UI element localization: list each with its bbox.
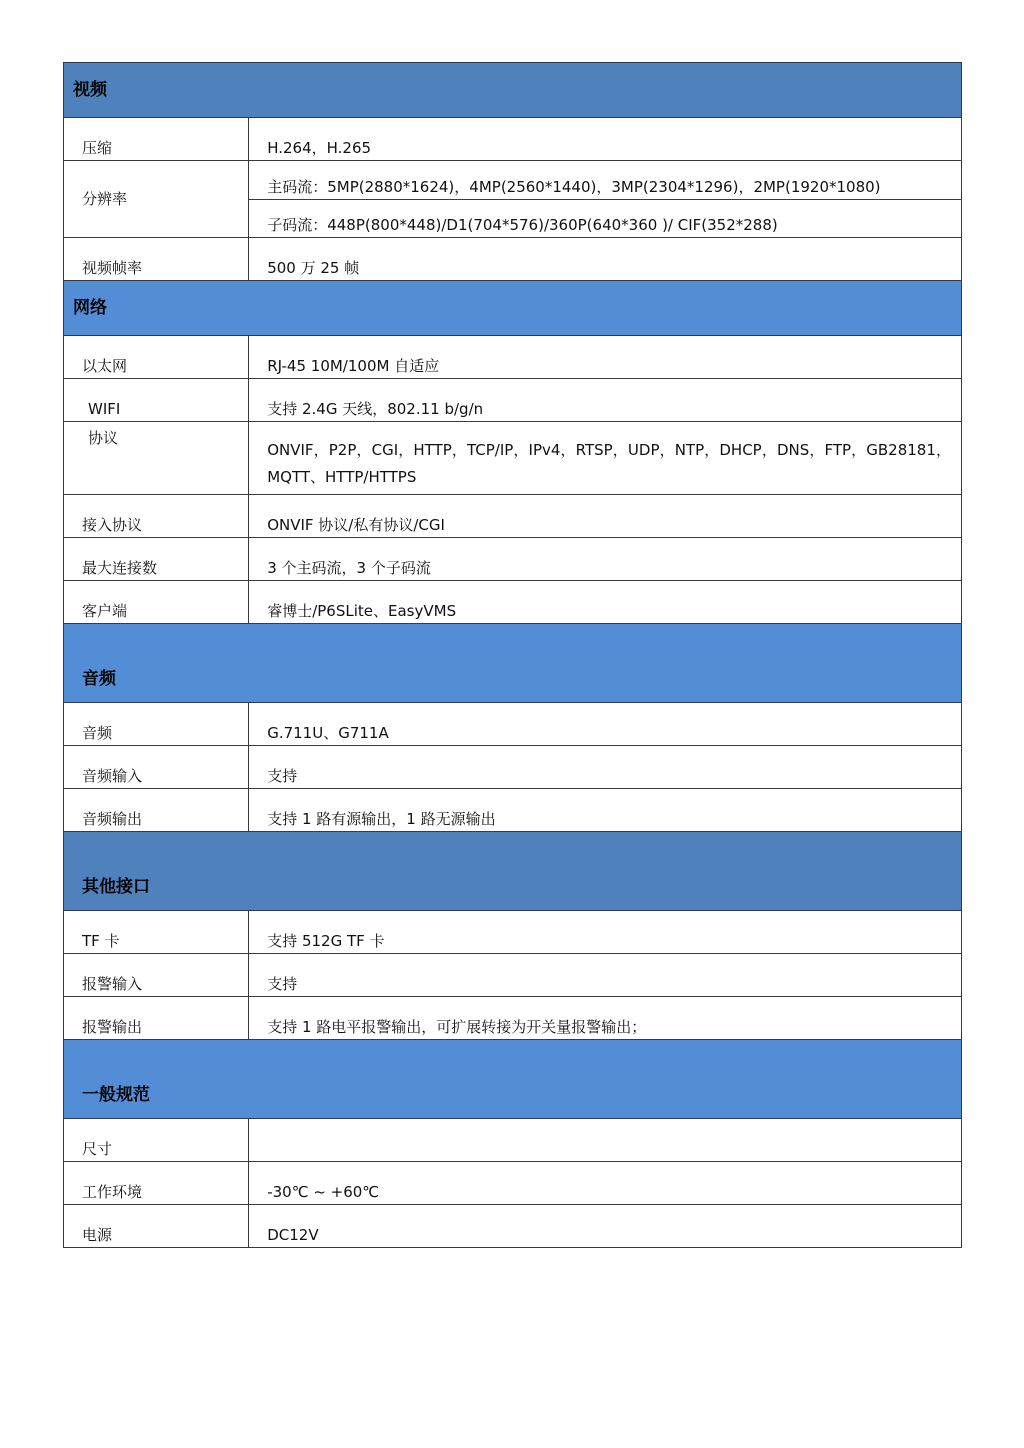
row-value: -30℃ ~ +60℃ [249,1162,962,1205]
row-value [249,1119,962,1162]
row-value: 500 万 25 帧 [249,238,962,281]
row-value: H.264，H.265 [249,118,962,161]
row-label: 视频帧率 [64,238,249,281]
table-row: 视频帧率 500 万 25 帧 [64,238,962,281]
section-header-other-interfaces: 其他接口 [64,832,962,911]
row-label: 音频输入 [64,746,249,789]
main-stream-resolution: 主码流：5MP(2880*1624)，4MP(2560*1440)，3MP(23… [249,161,961,199]
table-row: 电源 DC12V [64,1205,962,1248]
table-row: 分辨率 主码流：5MP(2880*1624)，4MP(2560*1440)，3M… [64,161,962,238]
section-header-general: 一般规范 [64,1040,962,1119]
section-title: 其他接口 [64,877,961,897]
row-value: RJ-45 10M/100M 自适应 [249,336,962,379]
row-label: 报警输入 [64,954,249,997]
row-value: 支持 1 路有源输出，1 路无源输出 [249,789,962,832]
table-row: 报警输入 支持 [64,954,962,997]
table-row: 音频输入 支持 [64,746,962,789]
row-value: 支持 [249,746,962,789]
row-value: ONVIF 协议/私有协议/CGI [249,495,962,538]
row-label: WIFI [64,379,249,422]
row-label: 分辨率 [64,161,249,238]
row-label: 尺寸 [64,1119,249,1162]
row-value: DC12V [249,1205,962,1248]
row-label: 最大连接数 [64,538,249,581]
row-label: 报警输出 [64,997,249,1040]
row-value: 主码流：5MP(2880*1624)，4MP(2560*1440)，3MP(23… [249,161,962,238]
row-value: 支持 512G TF 卡 [249,911,962,954]
table-row: 接入协议 ONVIF 协议/私有协议/CGI [64,495,962,538]
section-title: 视频 [64,80,961,100]
table-row: 压缩 H.264，H.265 [64,118,962,161]
row-label: 压缩 [64,118,249,161]
row-label: TF 卡 [64,911,249,954]
table-row: 尺寸 [64,1119,962,1162]
table-row: 协议 ONVIF，P2P，CGI，HTTP，TCP/IP，IPv4，RTSP，U… [64,422,962,495]
row-label: 音频输出 [64,789,249,832]
row-value: 支持 [249,954,962,997]
table-row: WIFI 支持 2.4G 天线，802.11 b/g/n [64,379,962,422]
row-label: 工作环境 [64,1162,249,1205]
table-row: 报警输出 支持 1 路电平报警输出，可扩展转接为开关量报警输出； [64,997,962,1040]
section-title: 网络 [64,298,961,318]
table-row: 音频 G.711U、G711A [64,703,962,746]
row-label: 音频 [64,703,249,746]
table-row: 以太网 RJ-45 10M/100M 自适应 [64,336,962,379]
table-row: TF 卡 支持 512G TF 卡 [64,911,962,954]
row-value: 支持 2.4G 天线，802.11 b/g/n [249,379,962,422]
row-label: 电源 [64,1205,249,1248]
table-row: 客户端 睿博士/P6SLite、EasyVMS [64,581,962,624]
section-header-audio: 音频 [64,624,962,703]
row-label: 以太网 [64,336,249,379]
row-value: 睿博士/P6SLite、EasyVMS [249,581,962,624]
section-header-video: 视频 [64,63,962,118]
row-value: 3 个主码流，3 个子码流 [249,538,962,581]
row-value: ONVIF，P2P，CGI，HTTP，TCP/IP，IPv4，RTSP，UDP，… [249,422,962,495]
section-title: 音频 [64,669,961,689]
row-label: 接入协议 [64,495,249,538]
table-row: 最大连接数 3 个主码流，3 个子码流 [64,538,962,581]
sub-stream-resolution: 子码流：448P(800*448)/D1(704*576)/360P(640*3… [249,199,961,237]
row-value: G.711U、G711A [249,703,962,746]
row-label: 协议 [64,422,249,495]
section-title: 一般规范 [64,1085,961,1105]
spec-table: 视频 压缩 H.264，H.265 分辨率 主码流：5MP(2880*1624)… [63,62,962,1248]
table-row: 工作环境 -30℃ ~ +60℃ [64,1162,962,1205]
table-row: 音频输出 支持 1 路有源输出，1 路无源输出 [64,789,962,832]
section-header-network: 网络 [64,281,962,336]
row-label: 客户端 [64,581,249,624]
row-value: 支持 1 路电平报警输出，可扩展转接为开关量报警输出； [249,997,962,1040]
